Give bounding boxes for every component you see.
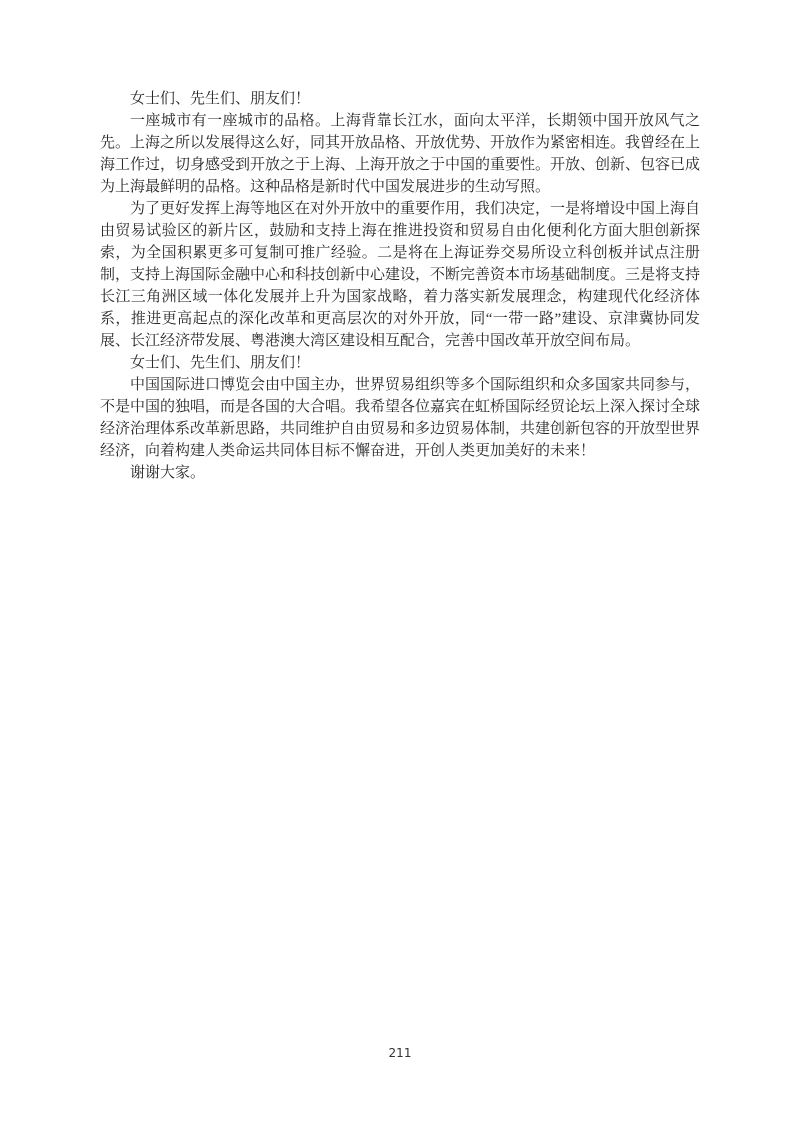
document-body: 女士们、先生们、朋友们！ 一座城市有一座城市的品格。上海背靠长江水，面向太平洋，… <box>100 88 700 484</box>
document-page: 女士们、先生们、朋友们！ 一座城市有一座城市的品格。上海背靠长江水，面向太平洋，… <box>0 0 800 1133</box>
paragraph-import-expo: 中国国际进口博览会由中国主办，世界贸易组织等多个国际组织和众多国家共同参与，不是… <box>100 374 700 462</box>
paragraph-shanghai-character: 一座城市有一座城市的品格。上海背靠长江水，面向太平洋，长期领中国开放风气之先。上… <box>100 110 700 198</box>
paragraph-three-decisions: 为了更好发挥上海等地区在对外开放中的重要作用，我们决定，一是将增设中国上海自由贸… <box>100 198 700 352</box>
page-number: 211 <box>0 1046 800 1060</box>
paragraph-closing-thanks: 谢谢大家。 <box>100 462 700 484</box>
paragraph-salutation-1: 女士们、先生们、朋友们！ <box>100 88 700 110</box>
paragraph-salutation-2: 女士们、先生们、朋友们！ <box>100 352 700 374</box>
